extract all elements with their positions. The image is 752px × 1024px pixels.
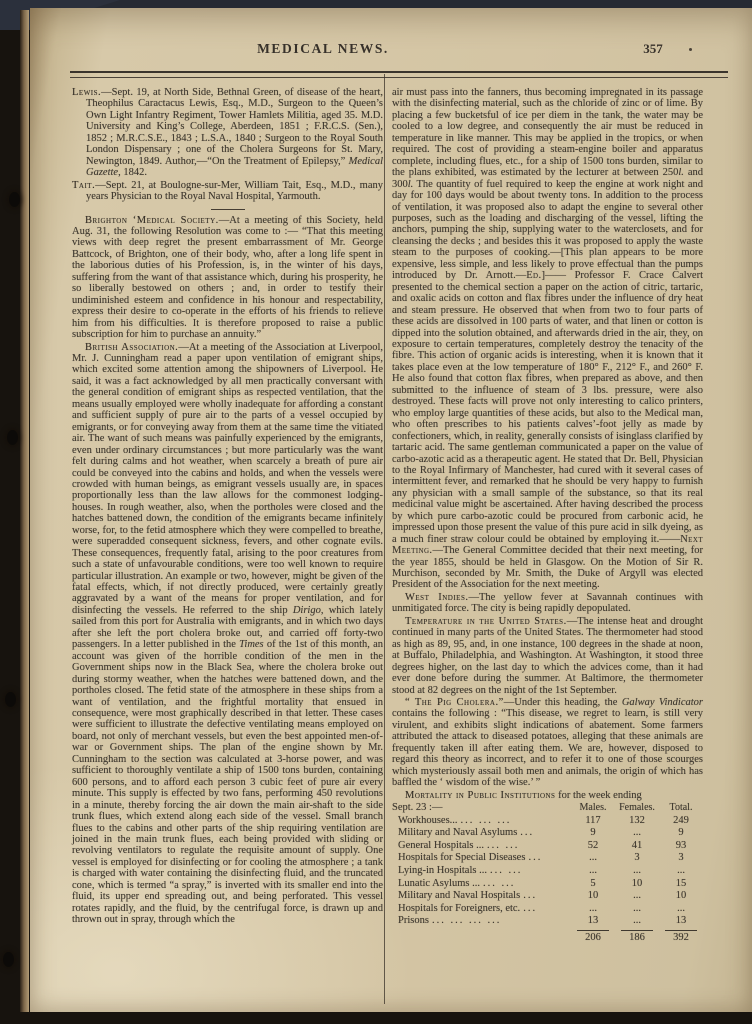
- paragraph-lead: Brighton ‘Medical Society.: [85, 215, 219, 226]
- cell-total: ...: [659, 865, 703, 878]
- stitch-hole: [9, 192, 20, 207]
- pig-cholera: “ The Pig Cholera.”—Under this heading, …: [392, 697, 703, 789]
- mortality-table: Sept. 23 :— Males. Females. Total. Workh…: [392, 802, 703, 945]
- table-total-row: 206 186 392: [392, 930, 703, 945]
- cell-males: 5: [571, 878, 615, 891]
- column-header-males: Males.: [571, 802, 615, 815]
- news-sections-continued: air must pass into the fanners, thus bec…: [392, 87, 703, 801]
- west-indies: West Indies.—The yellow fever at Savanna…: [392, 592, 703, 615]
- cell-males: 10: [571, 890, 615, 903]
- cell-females: 41: [615, 840, 659, 853]
- column-header-females: Females.: [615, 802, 659, 815]
- stitch-hole: [3, 952, 14, 967]
- cell-total: 249: [659, 815, 703, 828]
- page-fold-edge: [20, 10, 29, 1012]
- table-row: Military and Naval Asylums...9...9: [392, 827, 703, 840]
- table-row: Lying-in Hospitals ...... ............: [392, 865, 703, 878]
- row-label: Lunatic Asylums ...: [392, 878, 480, 891]
- total-all: 392: [659, 930, 703, 945]
- leader-dots: ...: [520, 890, 571, 903]
- obituary-list: Lewis.—Sept. 19, at North Side, Bethnal …: [72, 87, 383, 203]
- table-date-label: Sept. 23 :—: [392, 802, 442, 815]
- leader-dots: ... ... ... ...: [429, 915, 571, 928]
- page-title: MEDICAL NEWS.: [203, 41, 443, 57]
- cell-females: 3: [615, 852, 659, 865]
- cell-females: 10: [615, 878, 659, 891]
- row-label: Hospitals for Foreigners, etc.: [392, 903, 520, 916]
- paragraph-lead: Mortality in Public Institutions: [405, 790, 555, 801]
- paragraph-lead: Temperature in the United States.: [405, 616, 567, 627]
- cell-females: ...: [615, 915, 659, 928]
- row-label: Prisons: [392, 915, 429, 928]
- leader-dots: ... ...: [487, 865, 571, 878]
- cell-females: ...: [615, 865, 659, 878]
- paragraph-lead: West Indies.: [405, 592, 468, 603]
- cell-total: 3: [659, 852, 703, 865]
- obituary-tait: Tait.—Sept. 21, at Boulogne-sur-Mer, Wil…: [72, 180, 383, 203]
- table-body: Workhouses...... ... ...117132249Militar…: [392, 815, 703, 928]
- cell-total: 15: [659, 878, 703, 891]
- column-header-total: Total.: [659, 802, 703, 815]
- section-divider-rule: [211, 209, 245, 210]
- cell-males: 9: [571, 827, 615, 840]
- cell-total: 9: [659, 827, 703, 840]
- table-row: Military and Naval Hospitals...10...10: [392, 890, 703, 903]
- cell-males: 52: [571, 840, 615, 853]
- news-sections: Brighton ‘Medical Society.—At a meeting …: [72, 215, 383, 926]
- leader-dots: ...: [525, 852, 571, 865]
- cell-females: 132: [615, 815, 659, 828]
- british-association-continued: air must pass into the fanners, thus bec…: [392, 87, 703, 591]
- leader-dots: ... ...: [480, 878, 571, 891]
- total-males: 206: [571, 930, 615, 945]
- row-label: Military and Naval Asylums: [392, 827, 517, 840]
- row-label: Lying-in Hospitals ...: [392, 865, 487, 878]
- cell-males: ...: [571, 852, 615, 865]
- cell-males: 13: [571, 915, 615, 928]
- table-row: Lunatic Asylums ...... ...51015: [392, 878, 703, 891]
- ink-speck: [689, 48, 692, 51]
- scanned-journal-page: { "header": { "title": "MEDICAL NEWS.", …: [0, 0, 752, 1024]
- cell-males: 117: [571, 815, 615, 828]
- leader-dots: ...: [520, 903, 571, 916]
- paragraph-lead: British Association.: [85, 342, 178, 353]
- cell-males: ...: [571, 903, 615, 916]
- cell-females: ...: [615, 890, 659, 903]
- temperature-united-states: Temperature in the United States.—The in…: [392, 616, 703, 696]
- obituary-lewis: Lewis.—Sept. 19, at North Side, Bethnal …: [72, 87, 383, 179]
- cell-females: ...: [615, 827, 659, 840]
- table-row: Hospitals for Special Diseases......33: [392, 852, 703, 865]
- column-divider: [384, 74, 385, 1004]
- british-association: British Association.—At a meeting of the…: [72, 342, 383, 926]
- right-column: air must pass into the fanners, thus bec…: [392, 87, 703, 945]
- leader-dots: ... ... ...: [458, 815, 571, 828]
- row-label: Hospitals for Special Diseases: [392, 852, 525, 865]
- table-header-row: Sept. 23 :— Males. Females. Total.: [392, 802, 703, 815]
- table-row: General Hospitals ...... ...524193: [392, 840, 703, 853]
- row-label: Workhouses...: [392, 815, 458, 828]
- stitch-hole: [5, 692, 16, 707]
- masthead-rule: [70, 71, 728, 78]
- paragraph-lead: Tait.: [72, 180, 95, 191]
- journal-page: MEDICAL NEWS. 357 Lewis.—Sept. 19, at No…: [30, 8, 752, 1012]
- row-label: Military and Naval Hospitals: [392, 890, 520, 903]
- left-column: Lewis.—Sept. 19, at North Side, Bethnal …: [72, 87, 383, 926]
- cell-males: ...: [571, 865, 615, 878]
- paragraph-lead: “ The Pig Cholera.”: [405, 697, 504, 708]
- table-row: Workhouses...... ... ...117132249: [392, 815, 703, 828]
- leader-dots: ... ...: [484, 840, 571, 853]
- cell-total: ...: [659, 903, 703, 916]
- cell-females: ...: [615, 903, 659, 916]
- cell-total: 93: [659, 840, 703, 853]
- cell-total: 10: [659, 890, 703, 903]
- mortality-heading: Mortality in Public Institutions for the…: [392, 790, 703, 801]
- stitch-hole: [7, 430, 18, 445]
- brighton-medical-society: Brighton ‘Medical Society.—At a meeting …: [72, 215, 383, 341]
- leader-dots: ...: [517, 827, 571, 840]
- total-females: 186: [615, 930, 659, 945]
- paragraph-lead: Lewis.: [72, 87, 101, 98]
- table-row: Prisons... ... ... ...13...13: [392, 915, 703, 928]
- row-label: General Hospitals ...: [392, 840, 484, 853]
- table-row: Hospitals for Foreigners, etc...........…: [392, 903, 703, 916]
- cell-total: 13: [659, 915, 703, 928]
- page-number: 357: [633, 41, 673, 57]
